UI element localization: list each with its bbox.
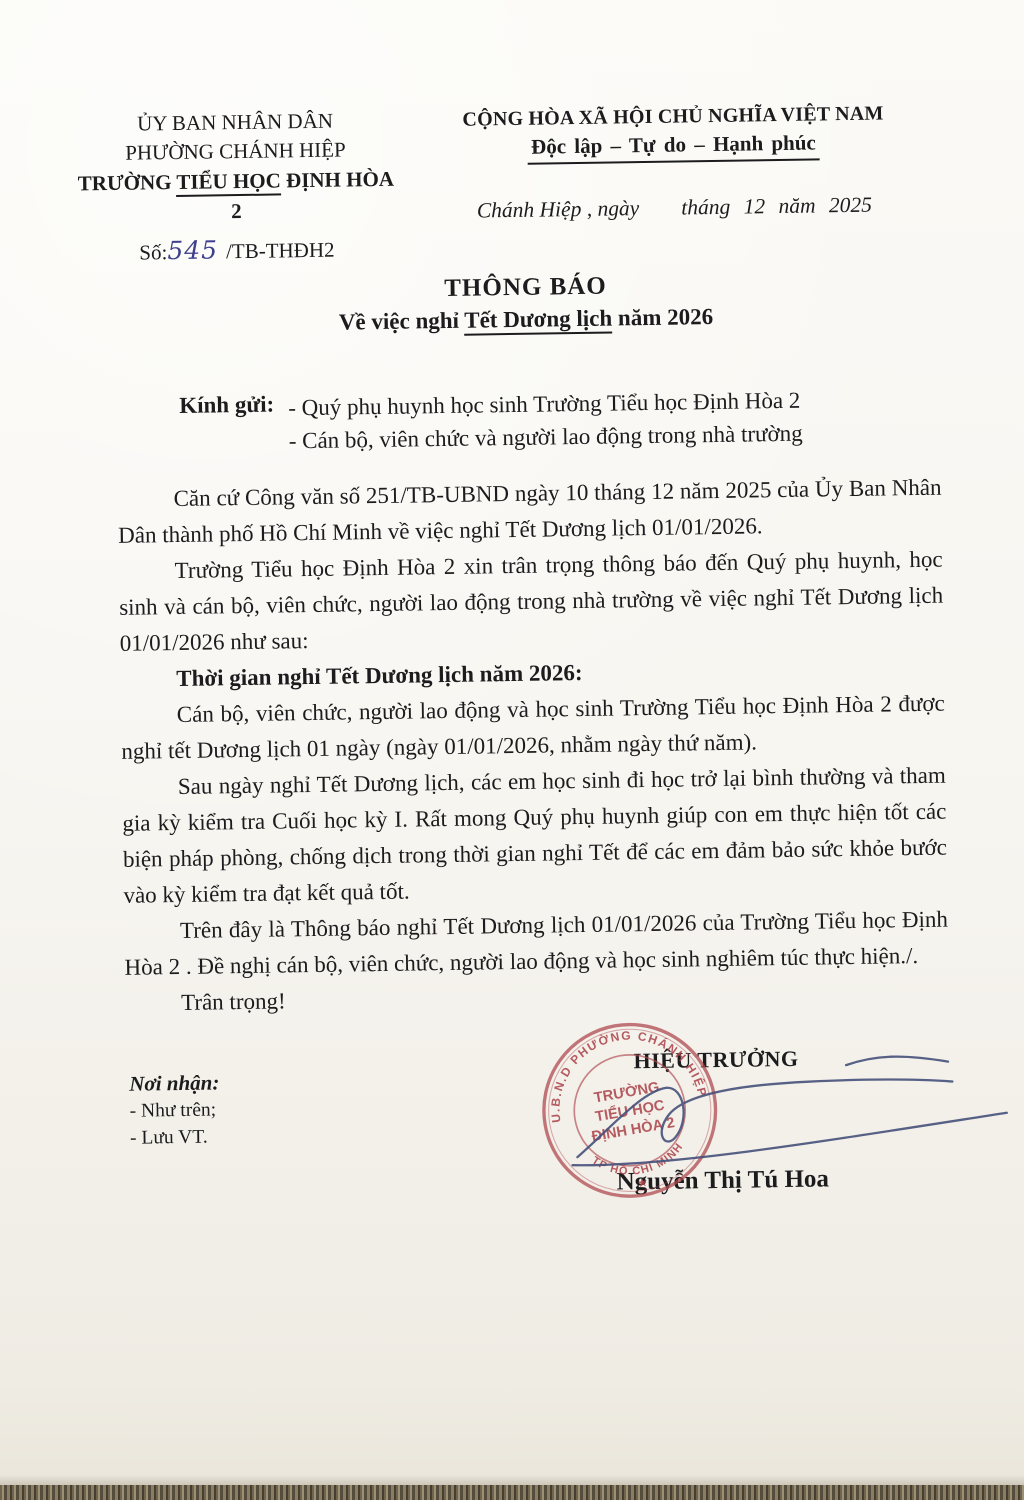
subtitle-pre: Về việc nghỉ bbox=[339, 308, 465, 335]
recipient-item: - Cán bộ, viên chức và người lao động tr… bbox=[288, 417, 802, 458]
school-name-underlined: TIỂU HỌC bbox=[176, 168, 281, 197]
document-number-handwritten: 545 bbox=[167, 235, 218, 265]
distribution-item: - Lưu VT. bbox=[130, 1124, 220, 1150]
dateline-blank-day bbox=[639, 214, 681, 215]
document-content: ỦY BAN NHÂN DÂN PHƯỜNG CHÁNH HIỆP TRƯỜNG… bbox=[0, 0, 1024, 1500]
paragraph-holiday-duration: Cán bộ, viên chức, người lao động và học… bbox=[121, 686, 946, 770]
distribution-block: Nơi nhận: - Như trên; - Lưu VT. bbox=[129, 1070, 220, 1150]
body-text: Căn cứ Công văn số 251/TB-UBND ngày 10 t… bbox=[117, 470, 949, 1022]
authority-line1: ỦY BAN NHÂN DÂN bbox=[75, 106, 395, 140]
recipients-list: - Quý phụ huynh học sinh Trường Tiểu học… bbox=[288, 384, 803, 458]
national-motto: Độc lập – Tự do – Hạnh phúc bbox=[527, 130, 820, 164]
handwritten-signature bbox=[546, 1041, 1018, 1183]
subtitle-underlined: Tết Dương lịch bbox=[464, 306, 612, 336]
authority-line2: PHƯỜNG CHÁNH HIỆP bbox=[75, 135, 395, 169]
distribution-item: - Như trên; bbox=[130, 1097, 220, 1123]
document-number-label: Số: bbox=[139, 240, 167, 264]
paper-bottom-shadow bbox=[0, 1475, 1024, 1485]
document-number: Số:545/TB-THĐH2 bbox=[77, 233, 397, 267]
recipients-block: Kính gửi: - Quý phụ huynh học sinh Trườn… bbox=[179, 384, 803, 459]
school-name-pre: TRƯỜNG bbox=[78, 170, 177, 195]
paragraph-basis: Căn cứ Công văn số 251/TB-UBND ngày 10 t… bbox=[117, 470, 942, 554]
photo-edge-strip bbox=[0, 1485, 1024, 1500]
issuing-authority-block: ỦY BAN NHÂN DÂN PHƯỜNG CHÁNH HIỆP TRƯỜNG… bbox=[75, 106, 397, 267]
document-subtitle: Về việc nghỉ Tết Dương lịch năm 2026 bbox=[115, 301, 937, 339]
dateline: Chánh Hiệp , ngàytháng 12 năm 2025 bbox=[436, 192, 912, 224]
national-motto-block: CỘNG HÒA XÃ HỘI CHỦ NGHĨA VIỆT NAM Độc l… bbox=[435, 100, 913, 224]
paragraph-conclusion: Trên đây là Thông báo nghỉ Tết Dương lịc… bbox=[124, 902, 949, 986]
dateline-rest: tháng 12 năm 2025 bbox=[681, 193, 872, 220]
document-number-suffix: /TB-THĐH2 bbox=[226, 238, 335, 264]
scanned-document: ỦY BAN NHÂN DÂN PHƯỜNG CHÁNH HIỆP TRƯỜNG… bbox=[0, 0, 1024, 1500]
subtitle-post: năm 2026 bbox=[612, 304, 713, 330]
distribution-label: Nơi nhận: bbox=[129, 1070, 219, 1096]
recipients-label: Kính gửi: bbox=[179, 392, 275, 459]
document-title-block: THÔNG BÁO Về việc nghỉ Tết Dương lịch nă… bbox=[114, 268, 937, 339]
paragraph-return-to-school: Sau ngày nghỉ Tết Dương lịch, các em học… bbox=[122, 758, 948, 914]
paragraph-announcement: Trường Tiểu học Định Hòa 2 xin trân trọn… bbox=[118, 542, 944, 662]
school-name: TRƯỜNG TIỂU HỌC ĐỊNH HÒA 2 bbox=[76, 164, 397, 229]
dateline-place: Chánh Hiệp , ngày bbox=[477, 196, 640, 222]
